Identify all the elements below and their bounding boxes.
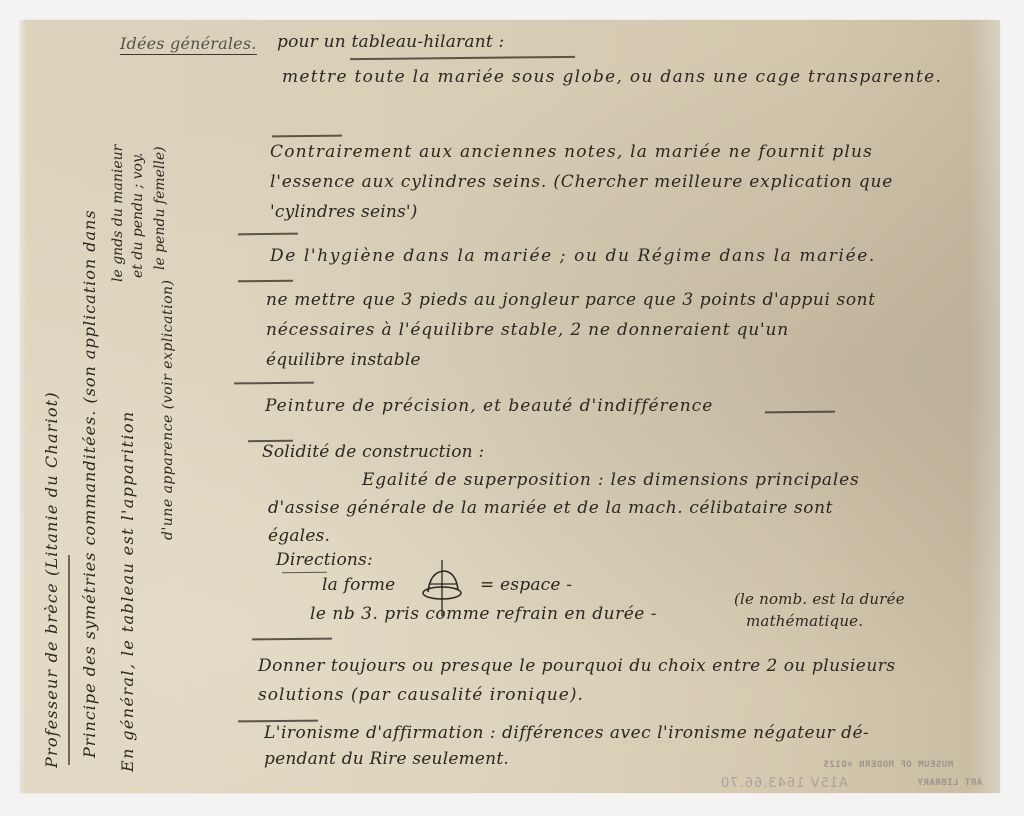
margin-note-vertical: d'une apparence (voir explication): [160, 280, 176, 540]
note-line: Solidité de construction :: [262, 442, 484, 462]
note-line: Egalité de superposition : les dimension…: [362, 470, 860, 490]
margin-note-vertical: et du pendu ; voy.: [130, 153, 146, 279]
note-line: Donner toujours ou presque le pourquoi d…: [258, 656, 896, 676]
note-line: 'cylindres seins'): [270, 202, 418, 222]
section-divider: [238, 280, 293, 283]
margin-note-vertical: En général, le tableau est l'apparition: [118, 410, 137, 772]
museum-stamp-line1: MUSEUM OF MODERN ✻D125: [823, 760, 953, 770]
note-line: pendant du Rire seulement.: [264, 749, 509, 769]
note-line: nécessaires à l'équilibre stable, 2 ne d…: [266, 320, 789, 340]
margin-vertical-rule: [68, 555, 70, 765]
note-line: Contrairement aux anciennes notes, la ma…: [270, 142, 873, 162]
margin-note-vertical: Professeur de brèce (Litanie du Chariot): [42, 391, 61, 768]
note-line: le nb 3. pris comme refrain en durée -: [310, 604, 657, 624]
note-line: d'assise générale de la mariée et de la …: [268, 498, 833, 518]
manuscript-paper: Idées générales. pour un tableau-hilaran…: [20, 20, 1000, 793]
note-line: mathématique.: [746, 612, 863, 630]
trailing-dash: [765, 411, 835, 413]
directions-heading: Directions:: [276, 550, 373, 570]
section-divider: [238, 720, 318, 723]
note-line: la forme: [322, 575, 395, 595]
section-divider: [238, 233, 298, 236]
title-underline: [350, 56, 575, 60]
note-line: L'ironisme d'affirmation : différences a…: [264, 723, 869, 743]
accession-number: A15V 1643.66.70: [720, 776, 848, 791]
note-line: solutions (par causalité ironique).: [258, 685, 584, 705]
note-line: De l'hygiène dans la mariée ; ou du Régi…: [270, 246, 876, 266]
note-line: mettre toute la mariée sous globe, ou da…: [282, 67, 942, 87]
note-line: égales.: [268, 526, 330, 546]
margin-note-vertical: le gnds du manieur: [110, 145, 126, 282]
margin-note-vertical: Principe des symétries commanditées. (so…: [80, 209, 99, 758]
museum-stamp-line2: ART LIBRARY: [917, 778, 982, 788]
note-line: Peinture de précision, et beauté d'indif…: [265, 396, 713, 416]
directions-underline: [282, 572, 327, 574]
note-line: l'essence aux cylindres seins. (Chercher…: [270, 172, 893, 192]
section-divider: [234, 382, 314, 385]
document-title: pour un tableau-hilarant :: [277, 32, 504, 52]
note-line: équilibre instable: [266, 350, 421, 370]
section-divider: [272, 135, 342, 138]
margin-note-vertical: le pendu femelle): [152, 146, 168, 270]
section-divider: [252, 638, 332, 641]
note-line: = espace -: [480, 575, 572, 595]
note-line: ne mettre que 3 pieds au jongleur parce …: [266, 290, 876, 310]
note-line: (le nomb. est la durée: [734, 590, 905, 608]
margin-heading: Idées générales.: [120, 34, 257, 55]
